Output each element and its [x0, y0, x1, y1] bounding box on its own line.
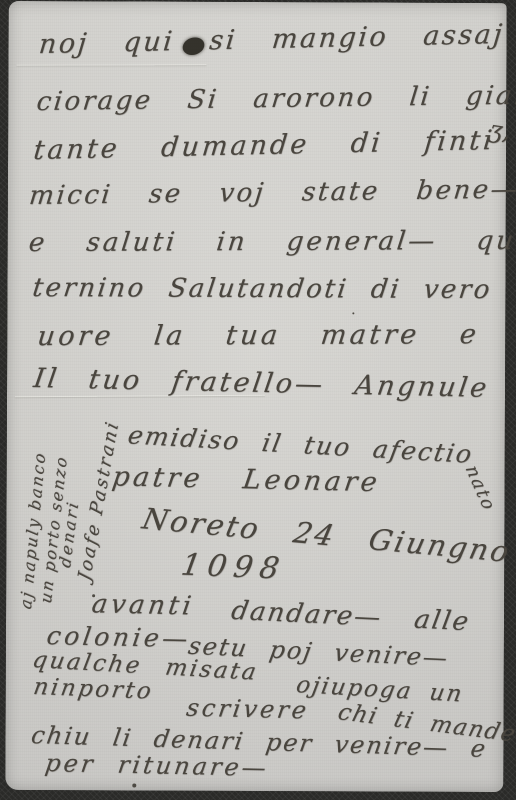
handwriting-line: Il tuo fratello— Angnule — [32, 363, 492, 404]
handwriting-line: tante dumande di finti a — [32, 124, 516, 166]
handwriting-line: dandare— alle — [229, 596, 472, 637]
handwriting-line: ojiupoga un — [294, 672, 465, 707]
handwriting-line: avanti — [90, 589, 197, 621]
handwriting-line: scrivere — [185, 694, 311, 725]
ink-speck — [92, 594, 95, 597]
ink-speck — [132, 783, 136, 787]
handwriting-line: ciorage Si arorono li giard, — [35, 80, 516, 117]
ink-speck — [352, 312, 354, 314]
handwriting-line: emidiso il tuo afectio — [126, 420, 476, 468]
margin-note-line: Joafe Pastrani — [74, 418, 123, 583]
year-line: 1098 — [179, 548, 289, 587]
handwriting-line: per ritunare— — [43, 749, 270, 782]
paper-crease — [16, 64, 206, 65]
scanner-background: noj qui si mangio assaj ciorage Si aroro… — [0, 0, 516, 800]
letter-page: noj qui si mangio assaj ciorage Si aroro… — [5, 1, 506, 792]
signature-line: patre Leonare — [110, 461, 382, 498]
handwriting-line: uore la tua matre e — [36, 319, 482, 352]
flourish-mark: ʒ, — [487, 115, 512, 146]
handwriting-line: e saluti in general— qui — [27, 226, 516, 258]
handwriting-line: ninporto — [32, 674, 156, 705]
margin-note-right: nato — [461, 463, 501, 514]
handwriting-line: micci se voj state bene— — [28, 175, 516, 211]
handwriting-line: ternino Salutandoti di vero — [31, 273, 494, 305]
handwriting-line: noj qui si mangio assaj — [37, 19, 505, 60]
